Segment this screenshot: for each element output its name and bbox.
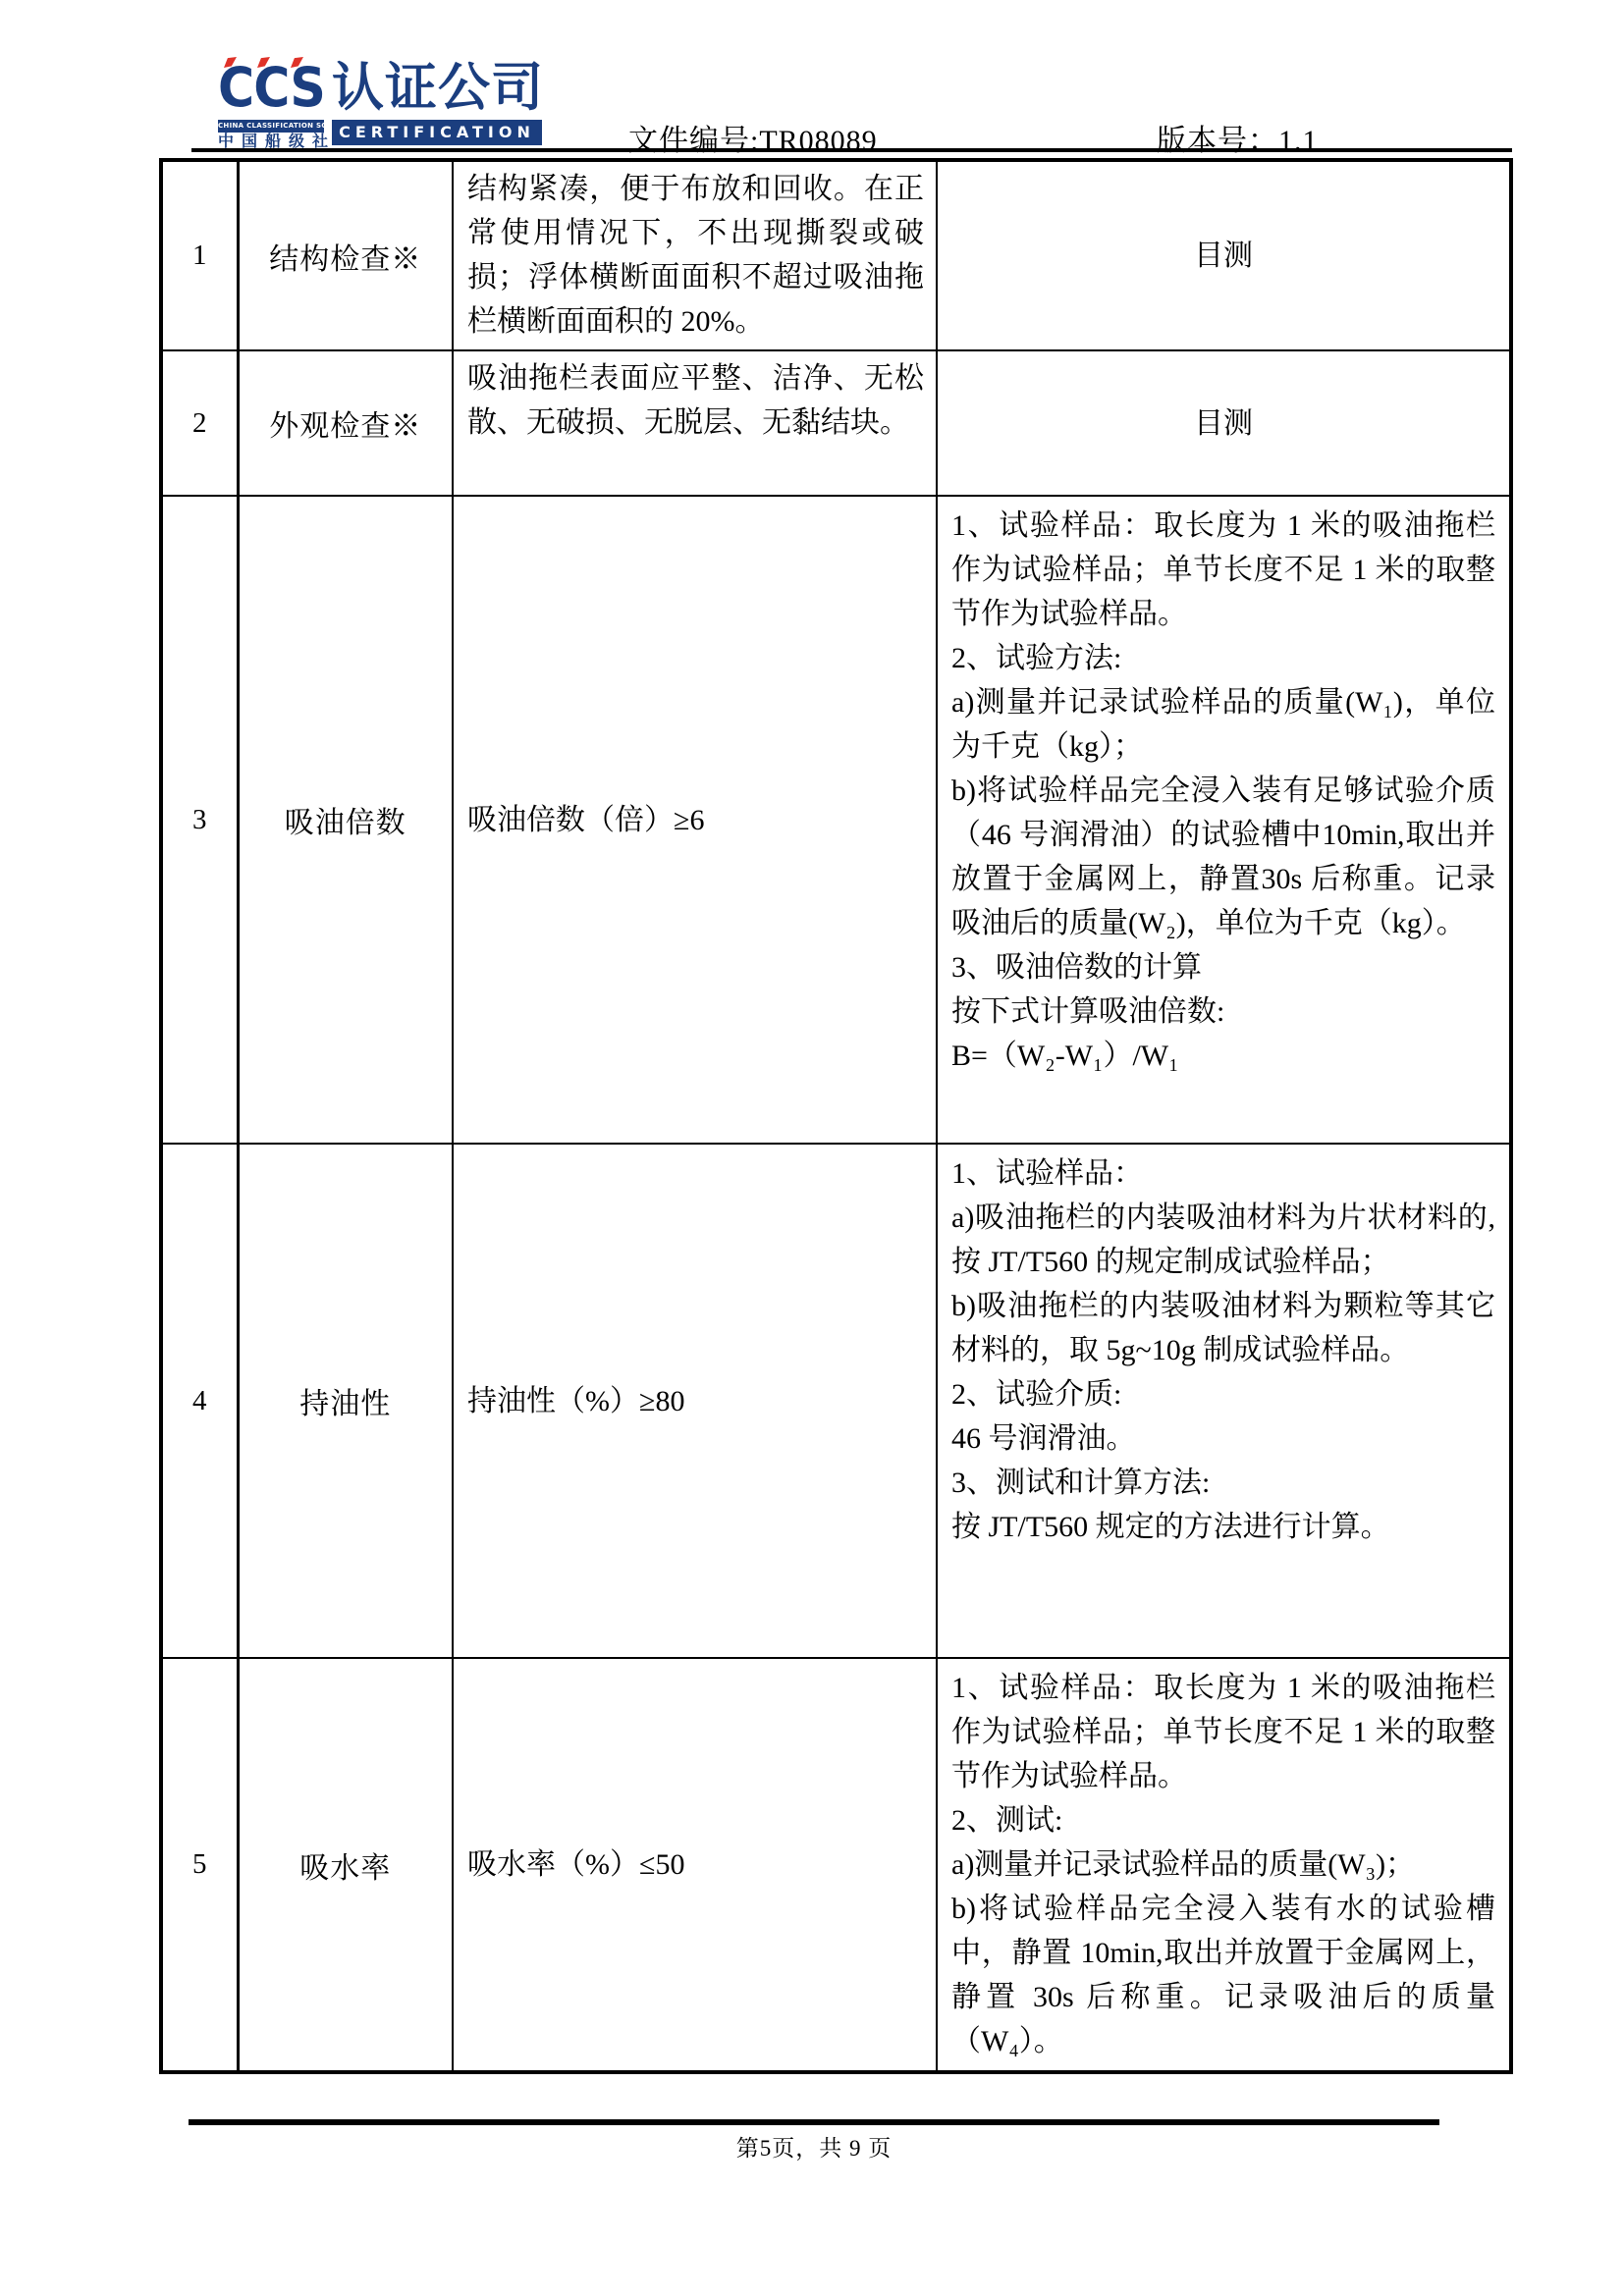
document-page: CCS CHINA CLASSIFICATION SOCIETY 中 国 船 级… — [0, 0, 1624, 2296]
requirement-cell: 吸油倍数（倍）≥6 — [453, 496, 937, 1144]
footer-rule — [189, 2119, 1439, 2125]
method-text: 1、试验样品：取长度为 1 米的吸油拖栏作为试验样品；单节长度不足 1 米的取整… — [951, 1666, 1495, 2063]
table-row: 2 外观检查※ 吸油拖栏表面应平整、洁净、无松散、无破损、无脱层、无黏结块。 目… — [161, 350, 1511, 496]
ccs-logo: CCS CHINA CLASSIFICATION SOCIETY 中 国 船 级… — [218, 59, 328, 151]
requirement-cell: 吸水率（%）≤50 — [453, 1658, 937, 2072]
method-cell: 1、试验样品：a)吸油拖栏的内装吸油材料为片状材料的,按 JT/T560 的规定… — [937, 1144, 1511, 1658]
method-cell: 1、试验样品：取长度为 1 米的吸油拖栏作为试验样品；单节长度不足 1 米的取整… — [937, 496, 1511, 1144]
method-cell: 目测 — [937, 350, 1511, 496]
inspection-spec-table: 1 结构检查※ 结构紧凑，便于布放和回收。在正常使用情况下，不出现撕裂或破损；浮… — [159, 158, 1513, 2074]
table-row: 3 吸油倍数 吸油倍数（倍）≥6 1、试验样品：取长度为 1 米的吸油拖栏作为试… — [161, 496, 1511, 1144]
document-number: 文件编号:TR08089 — [628, 116, 878, 159]
company-name-cn: 认证公司 — [332, 61, 544, 116]
society-name-en: CHINA CLASSIFICATION SOCIETY — [218, 120, 324, 133]
inspection-item: 外观检查※ — [238, 350, 453, 496]
row-number: 2 — [161, 350, 238, 496]
method-text: 1、试验样品：取长度为 1 米的吸油拖栏作为试验样品；单节长度不足 1 米的取整… — [951, 504, 1495, 1078]
inspection-item: 吸油倍数 — [238, 496, 453, 1144]
certification-label: CERTIFICATION — [332, 120, 542, 145]
inspection-item: 结构检查※ — [238, 160, 453, 350]
requirement-cell: 吸油拖栏表面应平整、洁净、无松散、无破损、无脱层、无黏结块。 — [453, 350, 937, 496]
method-cell: 1、试验样品：取长度为 1 米的吸油拖栏作为试验样品；单节长度不足 1 米的取整… — [937, 1658, 1511, 2072]
row-number: 3 — [161, 496, 238, 1144]
version-number: 版本号：1.1 — [1157, 116, 1319, 159]
table-row: 5 吸水率 吸水率（%）≤50 1、试验样品：取长度为 1 米的吸油拖栏作为试验… — [161, 1658, 1511, 2072]
inspection-item: 吸水率 — [238, 1658, 453, 2072]
ccs-logo-text: CCS — [218, 59, 319, 116]
page-number: 第5页，共 9 页 — [189, 2130, 1439, 2163]
method-cell: 目测 — [937, 160, 1511, 350]
certification-company-logo: 认证公司 CERTIFICATION — [332, 61, 544, 145]
header-rule — [191, 148, 1512, 152]
row-number: 4 — [161, 1144, 238, 1658]
table-row: 4 持油性 持油性（%）≥80 1、试验样品：a)吸油拖栏的内装吸油材料为片状材… — [161, 1144, 1511, 1658]
row-number: 1 — [161, 160, 238, 350]
requirement-cell: 持油性（%）≥80 — [453, 1144, 937, 1658]
table-row: 1 结构检查※ 结构紧凑，便于布放和回收。在正常使用情况下，不出现撕裂或破损；浮… — [161, 160, 1511, 350]
row-number: 5 — [161, 1658, 238, 2072]
requirement-cell: 结构紧凑，便于布放和回收。在正常使用情况下，不出现撕裂或破损；浮体横断面面积不超… — [453, 160, 937, 350]
inspection-item: 持油性 — [238, 1144, 453, 1658]
method-text: 1、试验样品：a)吸油拖栏的内装吸油材料为片状材料的,按 JT/T560 的规定… — [951, 1151, 1495, 1549]
